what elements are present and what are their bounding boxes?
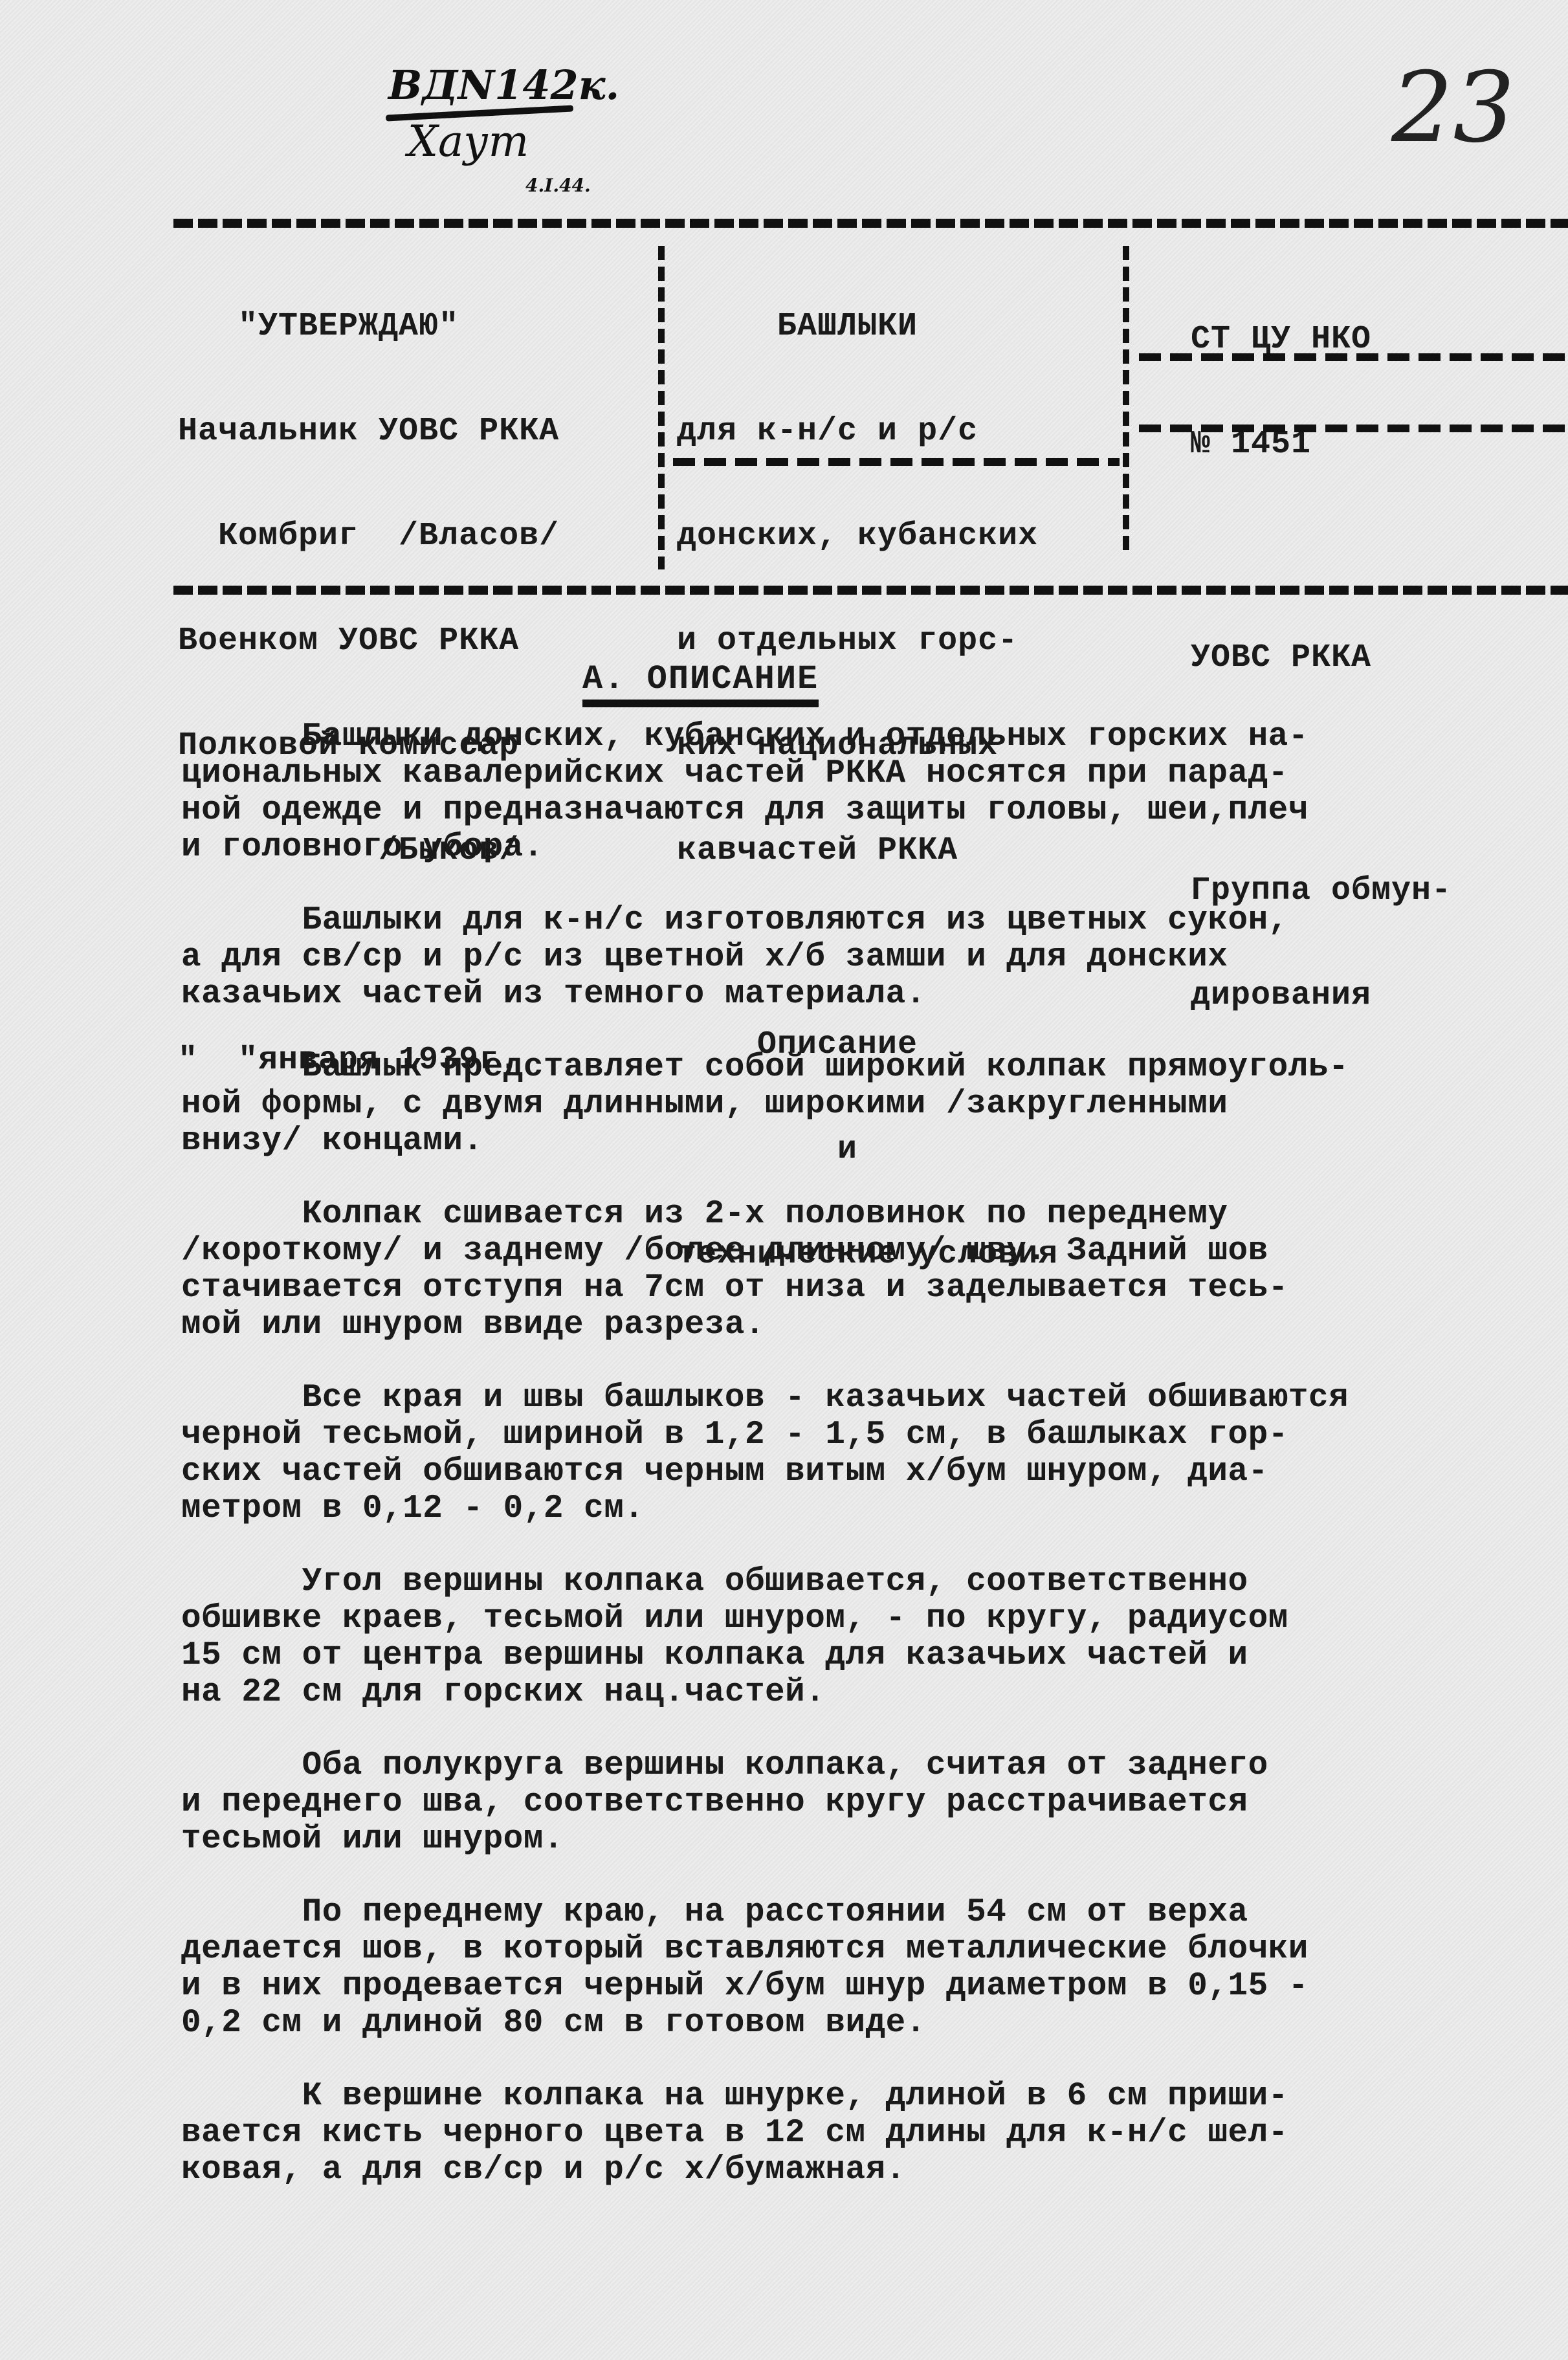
subject-title-line: БАШЛЫКИ <box>657 309 1058 344</box>
header-bottom-rule <box>173 586 1568 595</box>
document-page: ВДN142к. Хаут 4.I.44. 23 "УТВЕРЖДАЮ" Нач… <box>0 0 1568 2360</box>
paragraph: Башлык представляет собой широкий колпак… <box>181 1049 1566 1160</box>
registry-number: № 1451 <box>1191 427 1452 462</box>
approval-line: "УТВЕРЖДАЮ" <box>178 309 559 344</box>
paragraph: Башлыки донских, кубанских и отдельных г… <box>181 718 1566 866</box>
section-title: А. ОПИСАНИЕ <box>582 660 819 707</box>
subject-divider <box>673 458 1120 466</box>
registry-divider <box>1139 353 1568 361</box>
subject-title-line: донских, кубанских <box>657 519 1058 554</box>
paragraph: К вершине колпака на шнурке, длиной в 6 … <box>181 2078 1566 2189</box>
column-separator <box>1123 246 1129 550</box>
approval-line: Комбриг /Власов/ <box>178 519 559 554</box>
sheet-number: 23 <box>1391 52 1515 164</box>
registry-divider <box>1139 425 1568 432</box>
paragraph: Угол вершины колпака обшивается, соответ… <box>181 1563 1566 1711</box>
registration-number: ВДN142к. <box>388 61 619 109</box>
subject-title-line: для к-н/с и р/с <box>657 414 1058 449</box>
paragraph: Все края и швы башлыков - казачьих часте… <box>181 1380 1566 1527</box>
registry-code: СТ ЦУ НКО <box>1191 322 1452 357</box>
handwritten-signature: Хаут <box>408 116 529 166</box>
approval-line: Начальник УОВС РККА <box>178 414 559 449</box>
approval-line: Военком УОВС РККА <box>178 624 559 659</box>
subject-title-line: и отдельных горс- <box>657 624 1058 659</box>
signature-date: 4.I.44. <box>525 175 591 196</box>
paragraph: Оба полукруга вершины колпака, считая от… <box>181 1747 1566 1858</box>
header-top-rule <box>173 219 1568 228</box>
paragraph: По переднему краю, на расстоянии 54 см о… <box>181 1894 1566 2042</box>
registry-department: УОВС РККА <box>1191 641 1452 676</box>
paragraph: Башлыки для к-н/с изготовляются из цветн… <box>181 902 1566 1013</box>
document-body: Башлыки донских, кубанских и отдельных г… <box>181 718 1566 2225</box>
paragraph: Колпак сшивается из 2-х половинок по пер… <box>181 1196 1566 1343</box>
